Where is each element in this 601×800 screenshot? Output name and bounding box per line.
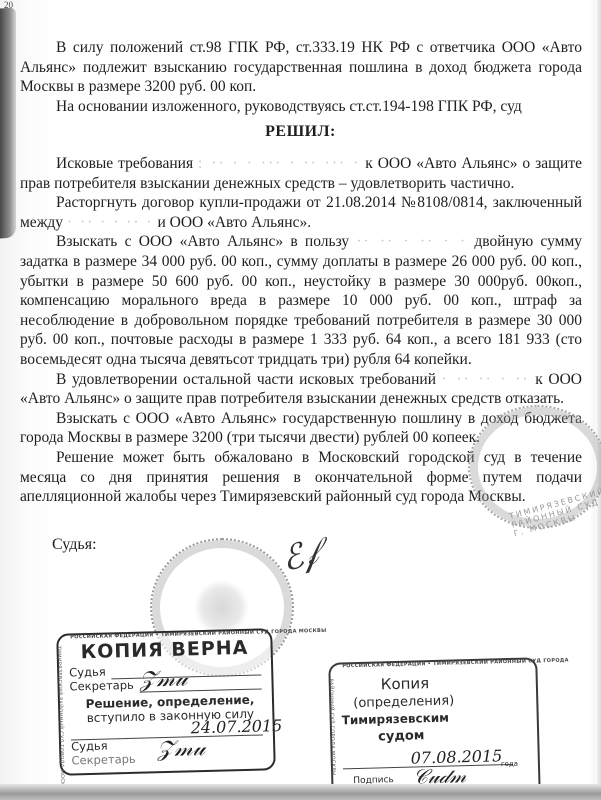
intro-block: В силу положений ст.98 ГПК РФ, ст.333.19… <box>20 38 582 116</box>
copy-issued-stamp: РОССИЙСКАЯ ФЕДЕРАЦИЯ • ТИМИРЯЗЕВСКИЙ РАЙ… <box>328 657 541 800</box>
paragraph-state-fee: В силу положений ст.98 ГПК РФ, ст.333.19… <box>20 38 582 97</box>
stamp-right-header: РОССИЙСКАЯ ФЕДЕРАЦИЯ • ТИМИРЯЗЕВСКИЙ РАЙ… <box>342 657 569 669</box>
secretary-signature-2: 𝒵𝓂𝓊 <box>157 736 205 762</box>
stamp-right-line4: судом <box>378 728 425 744</box>
seal-ring-text: ТИМИРЯЗЕВСКИЙ РАЙОННЫЙ СУД Г. МОСКВЫ <box>508 487 601 539</box>
stamp-title: КОПИЯ ВЕРНА <box>80 637 248 663</box>
page-right-edge <box>595 0 601 800</box>
stamp-right-line2: (определения) <box>353 693 454 711</box>
paragraph-basis: На основании изложенного, руководствуясь… <box>20 97 582 117</box>
redacted-plaintiff-name: : ·· · · ··· · ·· ··· · <box>198 155 360 172</box>
paragraph-recovery: Взыскать с ООО «Авто Альянс» в пользу ··… <box>20 232 582 369</box>
judge-label: Судья: <box>52 536 97 554</box>
secretary-signature: 𝒵𝓂𝓊 <box>139 666 187 692</box>
certified-copy-stamp: РОССИЙСКАЯ ФЕДЕРАЦИЯ • ТИМИРЯЗЕВСКИЙ РАЙ… <box>56 628 276 776</box>
paragraph-contract-termination: Расторгнуть договор купли-продажи от 21.… <box>20 193 582 232</box>
redacted-party-name: · ·· · · ·· · <box>67 214 154 231</box>
redacted-plaintiff-name-2: · ·· ·· · ·· <box>442 371 530 388</box>
stamp-side-text: ТИМИРЯЗЕВСКИЙ РАЙОННЫЙ СУД ГОРОДА МОСКВЫ <box>55 646 64 766</box>
scan-bottom-edge <box>0 784 601 800</box>
decision-heading: РЕШИЛ: <box>0 123 601 141</box>
stamp-right-line1: Копия <box>381 674 430 693</box>
stamp-right-year-suffix: года <box>501 760 518 768</box>
stamp-judge-label: Судья <box>69 665 106 680</box>
page-corner-number: 20 <box>4 0 13 10</box>
stamp-judge2-label: Судья <box>71 739 108 754</box>
scanned-page: 20 В силу положений ст.98 ГПК РФ, ст.333… <box>0 0 601 800</box>
stamp-date: 24.07.2015 <box>190 716 282 737</box>
stamp-right-side-text: РАЙОННЫЙ СУД ГОРОДА МОСКВЫ <box>328 679 337 789</box>
coat-of-arms-icon <box>194 580 249 635</box>
paragraph-claims-denied: В удовлетворении остальной части исковых… <box>20 370 582 409</box>
redacted-recipient-name: ·· ·· · ·· · · <box>356 233 467 250</box>
paragraph-claims-granted: Исковые требования : ·· · · ··· · ·· ···… <box>20 154 582 193</box>
stamp-right-line3: Тимирязевским <box>342 711 450 728</box>
stamp-secretary2-label: Секретарь <box>71 752 136 768</box>
round-seal-right: ТИМИРЯЗЕВСКИЙ РАЙОННЫЙ СУД Г. МОСКВЫ <box>468 405 601 529</box>
stamp-secretary-label: Секретарь <box>69 678 134 694</box>
